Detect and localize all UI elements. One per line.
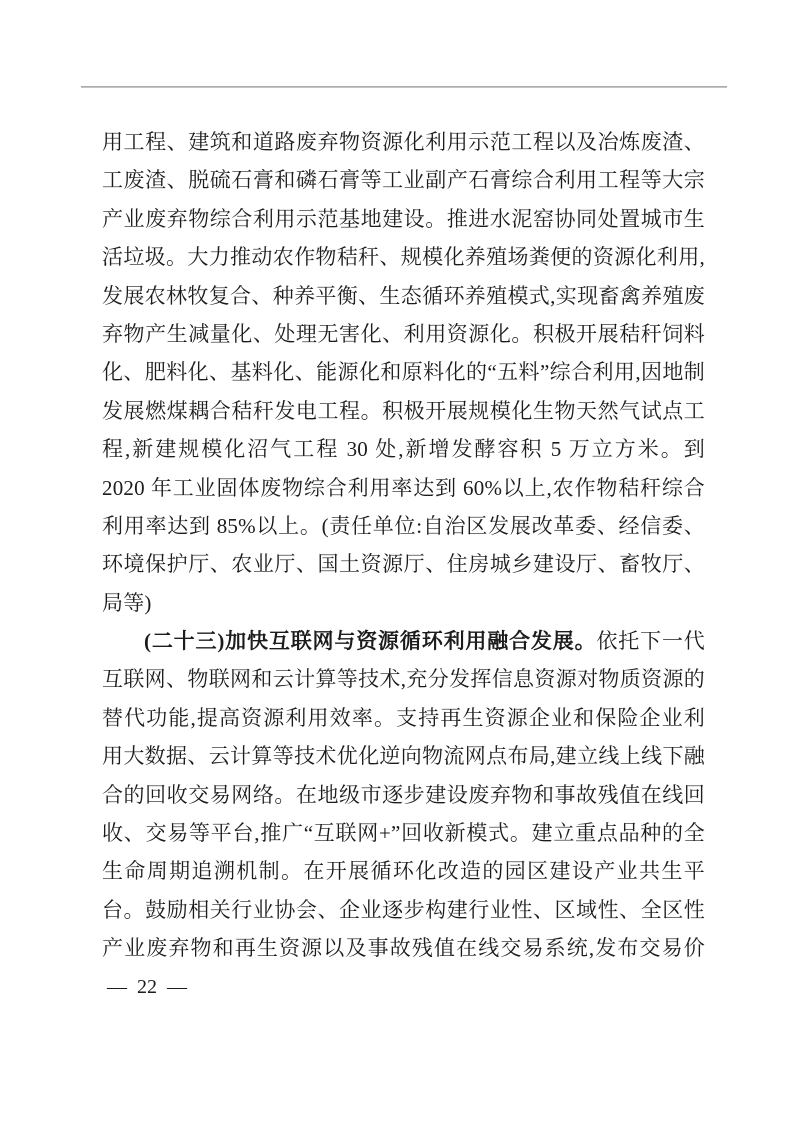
section-heading-rest: 依托下一代 <box>596 629 705 653</box>
header-rule <box>81 86 727 88</box>
paragraph-section-23: (二十三)加快互联网与资源循环利用融合发展。依托下一代 互联网、物联网和云计算等… <box>102 622 705 968</box>
text-line: 产业废弃物和再生资源以及事故残值在线交易系统,发布交易价 <box>102 929 705 967</box>
text-line: 发展农林牧复合、种养平衡、生态循环养殖模式,实现畜禽养殖废 <box>102 277 705 315</box>
text-line: 替代功能,提高资源利用效率。支持再生资源企业和保险企业利 <box>102 699 705 737</box>
text-line: 生命周期追溯机制。在开展循环化改造的园区建设产业共生平 <box>102 852 705 890</box>
text-line: 用工程、建筑和道路废弃物资源化利用示范工程以及冶炼废渣、化 <box>102 123 705 161</box>
text-line: 合的回收交易网络。在地级市逐步建设废弃物和事故残值在线回 <box>102 776 705 814</box>
text-line: 用大数据、云计算等技术优化逆向物流网点布局,建立线上线下融 <box>102 737 705 775</box>
document-body: 用工程、建筑和道路废弃物资源化利用示范工程以及冶炼废渣、化 工废渣、脱硫石膏和磷… <box>102 123 705 968</box>
page-number: — 22 — <box>107 975 187 999</box>
paragraph-continued: 用工程、建筑和道路废弃物资源化利用示范工程以及冶炼废渣、化 工废渣、脱硫石膏和磷… <box>102 123 705 622</box>
text-line: 局等) <box>102 584 705 622</box>
text-line: 环境保护厅、农业厅、国土资源厅、住房城乡建设厅、畜牧厅、能源 <box>102 545 705 583</box>
text-line: 台。鼓励相关行业协会、企业逐步构建行业性、区域性、全区性的 <box>102 891 705 929</box>
text-line: 程,新建规模化沼气工程 30 处,新增发酵容积 5 万立方米。到 <box>102 430 705 468</box>
document-page: 用工程、建筑和道路废弃物资源化利用示范工程以及冶炼废渣、化 工废渣、脱硫石膏和磷… <box>0 0 793 1122</box>
section-heading: (二十三)加快互联网与资源循环利用融合发展。 <box>144 629 596 653</box>
text-line: 收、交易等平台,推广“互联网+”回收新模式。建立重点品种的全 <box>102 814 705 852</box>
section-heading-line: (二十三)加快互联网与资源循环利用融合发展。依托下一代 <box>102 622 705 660</box>
text-line: 弃物产生减量化、处理无害化、利用资源化。积极开展秸秆饲料 <box>102 315 705 353</box>
text-line: 产业废弃物综合利用示范基地建设。推进水泥窑协同处置城市生 <box>102 200 705 238</box>
text-line: 2020 年工业固体废物综合利用率达到 60%以上,农作物秸秆综合 <box>102 469 705 507</box>
text-line: 互联网、物联网和云计算等技术,充分发挥信息资源对物质资源的 <box>102 660 705 698</box>
text-line: 利用率达到 85%以上。(责任单位:自治区发展改革委、经信委、 <box>102 507 705 545</box>
text-line: 活垃圾。大力推动农作物秸秆、规模化养殖场粪便的资源化利用, <box>102 238 705 276</box>
text-line: 化、肥料化、基料化、能源化和原料化的“五料”综合利用,因地制宜 <box>102 353 705 391</box>
text-line: 工废渣、脱硫石膏和磷石膏等工业副产石膏综合利用工程等大宗 <box>102 161 705 199</box>
text-line: 发展燃煤耦合秸秆发电工程。积极开展规模化生物天然气试点工 <box>102 392 705 430</box>
